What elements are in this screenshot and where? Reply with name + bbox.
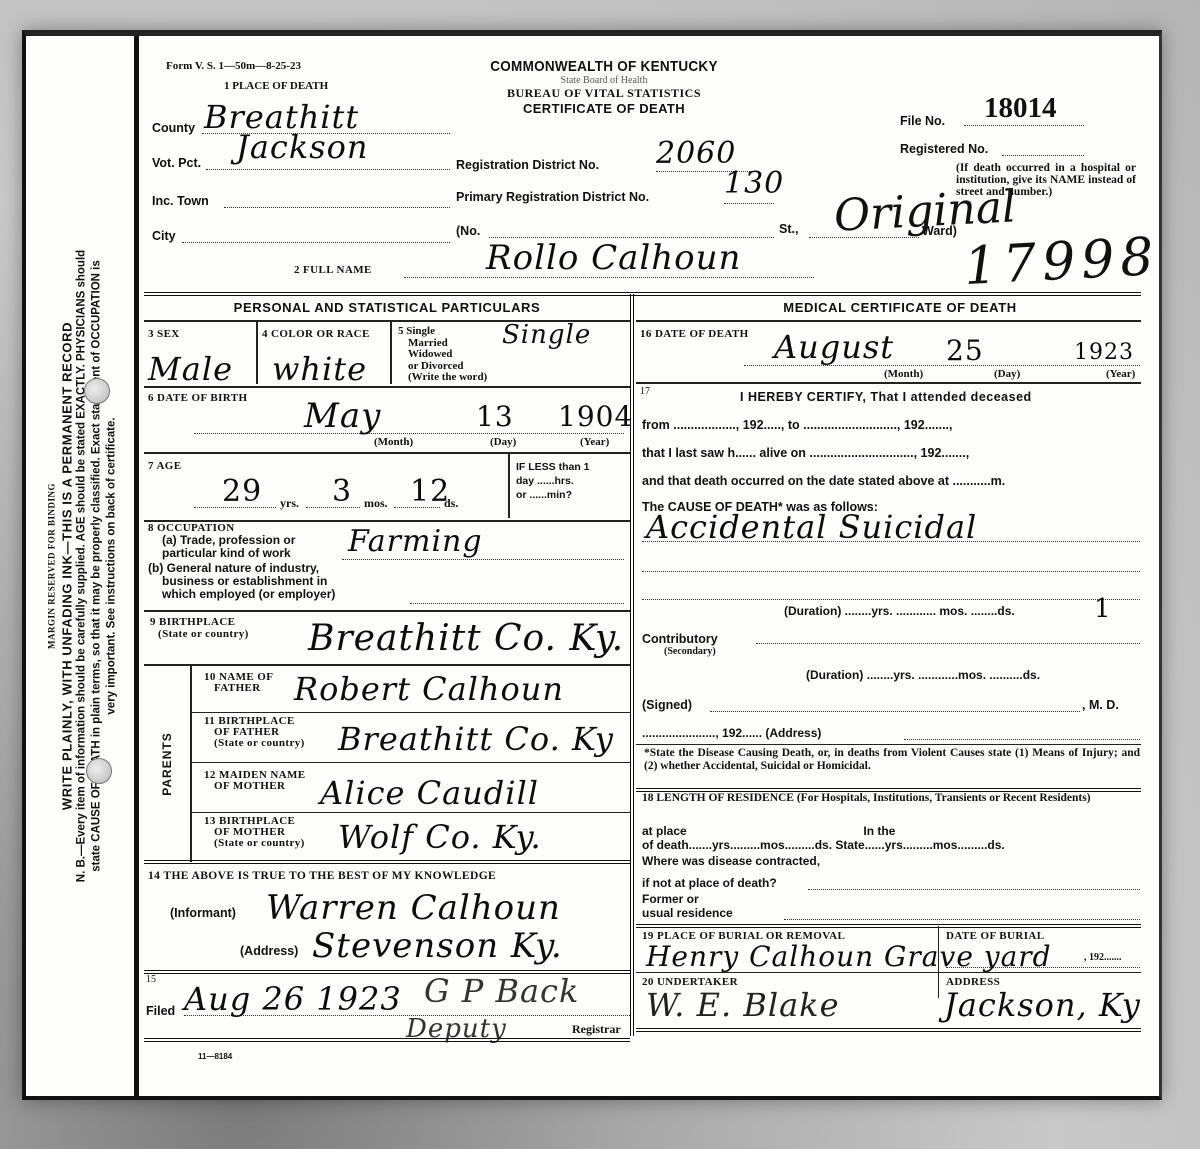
divider-mother-name bbox=[190, 762, 630, 763]
file-no-value: 18014 bbox=[984, 92, 1057, 125]
father-name-value: Robert Calhoun bbox=[294, 670, 564, 708]
primary-district-value: 130 bbox=[724, 166, 784, 201]
parents-side-label: PARENTS bbox=[160, 732, 174, 795]
punch-hole-top bbox=[84, 378, 110, 404]
divider-medical bbox=[636, 320, 1141, 322]
city-label: City bbox=[152, 229, 176, 243]
divider-less-than bbox=[508, 454, 510, 518]
inc-town-label: Inc. Town bbox=[152, 194, 209, 208]
divider-age bbox=[144, 452, 630, 454]
board-name: State Board of Health bbox=[444, 75, 764, 86]
informant-field[interactable]: Warren Calhoun bbox=[266, 888, 624, 928]
street-label: St., bbox=[779, 222, 798, 236]
filed-field[interactable]: Aug 26 1923 G P Back bbox=[184, 980, 630, 1016]
filing-number: 15 bbox=[146, 974, 156, 985]
full-name-value: Rollo Calhoun bbox=[486, 238, 741, 278]
vot-pct-value: Jackson bbox=[236, 128, 369, 166]
mother-birthplace-label: 13 BIRTHPLACE OF MOTHER (State or countr… bbox=[204, 816, 305, 849]
undertaker-value: W. E. Blake bbox=[646, 986, 840, 1024]
birthplace-label-line: 9 BIRTHPLACE bbox=[150, 616, 249, 628]
divider-undertaker bbox=[636, 972, 1141, 973]
marital-status-field[interactable]: Single bbox=[494, 320, 624, 350]
death-certificate: MARGIN RESERVED FOR BINDING WRITE PLAINL… bbox=[22, 30, 1162, 1100]
date-address-line: ......................, 192...... (Addre… bbox=[642, 726, 821, 740]
registered-no-label: Registered No. bbox=[900, 142, 988, 156]
occupation-b-line: which employed (or employer) bbox=[148, 588, 335, 601]
mother-name-label: 12 MAIDEN NAME OF MOTHER bbox=[204, 770, 306, 792]
commonwealth-title: COMMONWEALTH OF KENTUCKY bbox=[460, 58, 748, 75]
father-birthplace-field[interactable]: Breathitt Co. Ky bbox=[338, 716, 624, 760]
registrar-label: Registrar bbox=[572, 1022, 621, 1037]
divider-sex bbox=[256, 322, 258, 384]
margin-line-1: WRITE PLAINLY, WITH UNFADING INK—THIS IS… bbox=[60, 66, 75, 1066]
margin-line-2: N. B.—Every item of information should b… bbox=[75, 66, 90, 1066]
cause-of-death-field[interactable]: Accidental Suicidal bbox=[642, 516, 1140, 542]
certify-number: 17 bbox=[640, 386, 650, 397]
place-of-death-label: 1 PLACE OF DEATH bbox=[224, 80, 328, 92]
age-years-field: 29 bbox=[194, 480, 276, 508]
divider-bottom-left bbox=[144, 1038, 630, 1042]
bureau-name: BUREAU OF VITAL STATISTICS bbox=[444, 86, 764, 101]
mother-birthplace-field[interactable]: Wolf Co. Ky. bbox=[338, 816, 624, 860]
margin-line-4: very important. See instructions on back… bbox=[105, 66, 120, 1066]
ds-label: ds. bbox=[444, 496, 458, 511]
cause-of-death-value: Accidental Suicidal bbox=[646, 508, 977, 546]
divider-top bbox=[144, 292, 1141, 296]
vot-pct-field[interactable]: Jackson bbox=[206, 140, 450, 170]
occupation-a-label: (a) Trade, profession or particular kind… bbox=[162, 534, 295, 560]
race-label: 4 COLOR OR RACE bbox=[262, 328, 370, 340]
father-birthplace-label-line: (State or country) bbox=[204, 738, 305, 749]
residence-at-place: at place In the bbox=[642, 824, 895, 838]
age-months-field: 3 bbox=[306, 480, 360, 508]
inc-town-field[interactable] bbox=[224, 194, 450, 208]
county-label: County bbox=[152, 121, 195, 135]
marital-label-line: (Write the word) bbox=[398, 372, 487, 384]
file-no-label: File No. bbox=[900, 114, 945, 128]
divider-informant bbox=[144, 860, 630, 864]
secondary-label: (Secondary) bbox=[664, 646, 716, 657]
sex-label: 3 SEX bbox=[148, 328, 180, 340]
divider-burial bbox=[636, 924, 1141, 928]
informant-statement: 14 THE ABOVE IS TRUE TO THE BEST OF MY K… bbox=[148, 870, 496, 882]
certificate-header: COMMONWEALTH OF KENTUCKY State Board of … bbox=[444, 58, 764, 116]
burial-place-field[interactable]: Henry Calhoun Grave yard bbox=[642, 942, 938, 972]
informant-value: Warren Calhoun bbox=[266, 888, 561, 928]
divider-mother-birthplace bbox=[190, 812, 630, 813]
file-no-field[interactable]: 18014 bbox=[964, 96, 1084, 126]
disease-contracted-label: Where was disease contracted, bbox=[642, 854, 820, 868]
former-residence-label: Former or bbox=[642, 892, 699, 906]
disease-contracted-field[interactable] bbox=[808, 876, 1140, 890]
death-day-caption: (Day) bbox=[994, 368, 1020, 380]
street-number-field[interactable] bbox=[489, 224, 774, 238]
race-field[interactable]: white bbox=[262, 340, 382, 388]
age-label: 7 AGE bbox=[148, 460, 181, 472]
marital-label-line: Widowed bbox=[398, 349, 487, 361]
employer-field[interactable] bbox=[410, 592, 624, 604]
marital-status-value: Single bbox=[502, 320, 591, 350]
date-of-death-field[interactable]: August 25 1923 bbox=[744, 336, 1140, 366]
mother-birthplace-label-line: (State or country) bbox=[204, 838, 305, 849]
less-than-line: or ......min? bbox=[516, 488, 590, 502]
date-of-death-label: 16 DATE OF DEATH bbox=[640, 328, 749, 340]
undertaker-field[interactable]: W. E. Blake bbox=[642, 988, 938, 1024]
cause-line-3[interactable] bbox=[642, 574, 1140, 600]
residence-label: 18 LENGTH OF RESIDENCE (For Hospitals, I… bbox=[642, 792, 1140, 805]
yrs-label: yrs. bbox=[280, 496, 299, 511]
certify-line-2: from .................., 192....., to ..… bbox=[642, 418, 953, 432]
dob-year-caption: (Year) bbox=[580, 436, 609, 448]
certify-line-4: and that death occurred on the date stat… bbox=[642, 474, 1005, 488]
binding-margin: MARGIN RESERVED FOR BINDING WRITE PLAINL… bbox=[26, 36, 139, 1096]
street-number-label: (No. bbox=[456, 224, 480, 238]
mother-name-label-line: OF MOTHER bbox=[204, 781, 306, 792]
death-month: August bbox=[774, 328, 894, 366]
age-months-value: 3 bbox=[332, 474, 352, 509]
certificate-title: CERTIFICATE OF DEATH bbox=[444, 101, 764, 116]
print-code: 11—8184 bbox=[198, 1052, 232, 1061]
informant-address-field[interactable]: Stevenson Ky. bbox=[312, 926, 624, 966]
occupation-a-line: particular kind of work bbox=[162, 547, 295, 560]
dob-month-caption: (Month) bbox=[374, 436, 413, 448]
death-day: 25 bbox=[946, 334, 984, 367]
less-than-day-note: IF LESS than 1 day ......hrs. or ......m… bbox=[516, 460, 590, 502]
parents-divider bbox=[190, 666, 192, 862]
marital-label-line: 5 Single bbox=[398, 326, 487, 338]
primary-district-label: Primary Registration District No. bbox=[456, 190, 649, 204]
age-field[interactable]: 29 yrs. 3 mos. 12 ds. bbox=[194, 480, 494, 514]
death-year-caption: (Year) bbox=[1106, 368, 1135, 380]
filed-date-value: Aug 26 1923 bbox=[184, 980, 402, 1018]
physician-signature-field[interactable] bbox=[710, 698, 1080, 712]
father-name-label-line: FATHER bbox=[204, 683, 273, 694]
informant-address-label: (Address) bbox=[240, 944, 298, 958]
signed-label: (Signed) bbox=[642, 698, 692, 712]
medical-section-title: MEDICAL CERTIFICATE OF DEATH bbox=[640, 300, 1160, 315]
dob-day-caption: (Day) bbox=[490, 436, 516, 448]
birthplace-label-line: (State or country) bbox=[150, 628, 249, 640]
divider-bottom-right bbox=[636, 1028, 1141, 1032]
full-name-label: 2 FULL NAME bbox=[294, 264, 372, 276]
md-label: , M. D. bbox=[1082, 698, 1119, 712]
race-value: white bbox=[272, 350, 367, 388]
divider-dob bbox=[144, 386, 630, 388]
dob-month: May bbox=[304, 396, 381, 436]
burial-date-field[interactable]: , 192....... bbox=[946, 954, 1140, 968]
original-stamp-number: 17998 bbox=[963, 227, 1161, 297]
registrar-signature: G P Back bbox=[424, 972, 579, 1010]
marital-label: 5 Single Married Widowed or Divorced (Wr… bbox=[398, 326, 487, 384]
dob-day: 13 bbox=[476, 400, 514, 433]
occupation-field[interactable]: Farming bbox=[342, 538, 624, 560]
registered-no-field[interactable] bbox=[1002, 142, 1084, 156]
father-name-label: 10 NAME OF FATHER bbox=[204, 672, 273, 694]
father-name-field[interactable]: Robert Calhoun bbox=[294, 666, 624, 710]
filed-label: Filed bbox=[146, 1004, 175, 1018]
less-than-line: IF LESS than 1 bbox=[516, 460, 590, 474]
duration-days-value: 1 bbox=[1094, 594, 1112, 624]
dob-field[interactable]: May 13 1904 bbox=[194, 402, 624, 434]
margin-instructions: MARGIN RESERVED FOR BINDING WRITE PLAINL… bbox=[45, 66, 120, 1066]
former-residence-field[interactable] bbox=[784, 906, 1140, 920]
father-birthplace-label: 11 BIRTHPLACE OF FATHER (State or countr… bbox=[204, 716, 305, 749]
birthplace-label: 9 BIRTHPLACE (State or country) bbox=[150, 616, 249, 640]
informant-label: (Informant) bbox=[170, 906, 236, 920]
divider-father-birthplace bbox=[190, 712, 630, 713]
undertaker-address-value: Jackson, Ky bbox=[944, 986, 1141, 1024]
age-days-field: 12 bbox=[394, 480, 440, 508]
registration-district-label: Registration District No. bbox=[456, 158, 599, 172]
form-id: Form V. S. 1—50m—8-25-23 bbox=[166, 60, 301, 72]
undertaker-address-field[interactable]: Jackson, Ky bbox=[944, 988, 1140, 1028]
full-name-field[interactable]: Rollo Calhoun bbox=[404, 246, 814, 278]
margin-line-3: state CAUSE OF DEATH in plain terms, so … bbox=[90, 66, 105, 1066]
original-stamp: Original bbox=[833, 181, 1017, 241]
physician-address-field[interactable] bbox=[904, 726, 1140, 740]
divider-race bbox=[390, 322, 392, 384]
occupation-b-label: (b) General nature of industry, business… bbox=[148, 562, 335, 601]
certify-line-3: that I last saw h...... alive on .......… bbox=[642, 446, 969, 460]
sex-value: Male bbox=[148, 350, 233, 388]
mother-birthplace-value: Wolf Co. Ky. bbox=[338, 818, 542, 856]
mos-label: mos. bbox=[364, 496, 388, 511]
cause-line-2[interactable] bbox=[642, 546, 1140, 572]
less-than-line: day ......hrs. bbox=[516, 474, 590, 488]
contributory-field[interactable] bbox=[756, 630, 1140, 644]
death-year: 1923 bbox=[1074, 340, 1134, 365]
birthplace-value: Breathitt Co. Ky. bbox=[308, 618, 624, 659]
certify-line-1: I HEREBY CERTIFY, That I attended deceas… bbox=[740, 390, 1032, 404]
father-birthplace-value: Breathitt Co. Ky bbox=[338, 720, 614, 758]
dob-year: 1904 bbox=[558, 400, 633, 433]
form-body: Form V. S. 1—50m—8-25-23 COMMONWEALTH OF… bbox=[144, 36, 1159, 1096]
divider-birthplace bbox=[144, 610, 630, 612]
sex-field[interactable]: Male bbox=[148, 340, 254, 388]
divider-certify bbox=[636, 382, 1141, 384]
disease-contracted-label-2: if not at place of death? bbox=[642, 876, 777, 890]
personal-section-title: PERSONAL AND STATISTICAL PARTICULARS bbox=[144, 300, 630, 315]
margin-reserved-label: MARGIN RESERVED FOR BINDING bbox=[45, 66, 60, 1066]
primary-district-field[interactable]: 130 bbox=[724, 178, 774, 204]
city-field[interactable] bbox=[182, 229, 450, 243]
mother-name-field[interactable]: Alice Caudill bbox=[320, 770, 624, 812]
birthplace-field[interactable]: Breathitt Co. Ky. bbox=[304, 616, 624, 660]
mother-name-value: Alice Caudill bbox=[320, 774, 539, 812]
duration-line: (Duration) ........yrs. ............ mos… bbox=[784, 604, 1015, 618]
death-month-caption: (Month) bbox=[884, 368, 923, 380]
residence-of-death: of death.......yrs.........mos.........d… bbox=[642, 838, 1005, 852]
punch-hole-bottom bbox=[86, 758, 112, 784]
contributory-label: Contributory bbox=[642, 632, 718, 646]
duration-2-line: (Duration) ........yrs. ............mos.… bbox=[806, 668, 1040, 682]
age-years-value: 29 bbox=[222, 474, 262, 509]
divider-footnote bbox=[636, 744, 1141, 745]
occupation-value: Farming bbox=[348, 524, 483, 559]
burial-date-suffix: , 192....... bbox=[1084, 952, 1122, 963]
former-residence-label-2: usual residence bbox=[642, 906, 733, 920]
cause-footnote: *State the Disease Causing Death, or, in… bbox=[644, 747, 1140, 772]
informant-address-value: Stevenson Ky. bbox=[312, 926, 563, 966]
vot-pct-label: Vot. Pct. bbox=[152, 156, 201, 170]
